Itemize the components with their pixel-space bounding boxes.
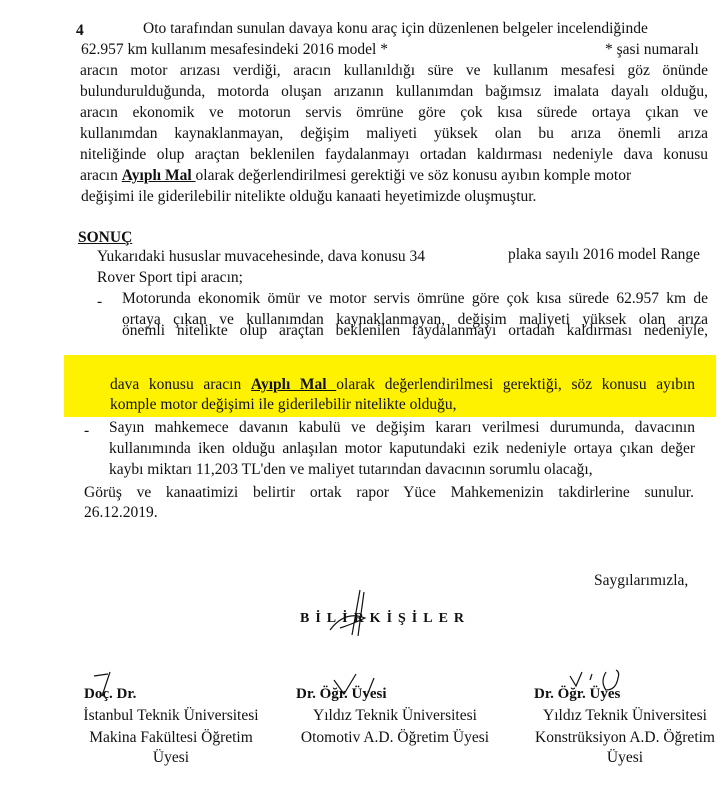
bullet-line: önemli nitelikte olup araçtan beklenilen…	[122, 322, 708, 340]
signatory-department: Konstrüksiyon A.D. Öğretim	[520, 727, 724, 749]
text-segment: olarak değerlendirilmesi gerektiği, söz …	[336, 376, 695, 393]
conclusion-intro-line2: Rover Sport tipi aracın;	[97, 269, 243, 287]
salutation: Saygılarımızla,	[594, 572, 688, 590]
paragraph-line: kullanımdan kaynaklanmayan, değişim mali…	[80, 125, 708, 143]
signatory-department: Makina Fakültesi Öğretim	[66, 727, 276, 749]
text-segment: olarak değerlendirilmesi gerektiği ve sö…	[196, 167, 632, 184]
closing-statement: Görüş ve kanaatimizi belirtir ortak rapo…	[84, 484, 694, 502]
signatory-institution: Yıldız Teknik Üniversitesi	[520, 705, 724, 727]
conclusion-intro-right: plaka sayılı 2016 model Range	[508, 246, 700, 264]
bullet-line: Motorunda ekonomik ömür ve motor servis …	[122, 290, 708, 308]
highlighted-line: dava konusu aracın Ayıplı Mal olarak değ…	[110, 376, 695, 394]
page-number: 4	[76, 22, 84, 40]
bullet-marker: -	[97, 293, 102, 311]
signatory-institution: Yıldız Teknik Üniversitesi	[284, 705, 506, 727]
signatory-role: Üyesi	[520, 749, 724, 767]
signatory: Doç. Dr. İstanbul Teknik Üniversitesi Ma…	[66, 683, 276, 767]
signatory: Dr. Öğr. Üyes Yıldız Teknik Üniversitesi…	[520, 683, 724, 767]
report-date: 26.12.2019.	[84, 504, 158, 522]
experts-heading: BİLİRKİŞİLER	[300, 611, 470, 627]
signature-scribble	[320, 580, 400, 640]
bullet-line: Sayın mahkemece davanın kabulü ve değişi…	[109, 419, 695, 437]
signatory-institution: İstanbul Teknik Üniversitesi	[66, 705, 276, 727]
paragraph-line: aracın Ayıplı Mal olarak değerlendirilme…	[80, 167, 708, 185]
bullet-marker: -	[84, 422, 89, 440]
paragraph-line: * şasi numaralı	[605, 41, 699, 59]
paragraph-line: 62.957 km kullanım mesafesindeki 2016 mo…	[81, 41, 388, 59]
signatory-title: Dr. Öğr. Üyes	[520, 683, 724, 705]
bullet-line: kullanımında iken olduğu anlaşılan motor…	[109, 440, 695, 458]
conclusion-intro: Yukarıdaki hususlar muvacehesinde, dava …	[97, 248, 425, 266]
signatory-department: Otomotiv A.D. Öğretim Üyesi	[284, 727, 506, 749]
signatory-title: Doç. Dr.	[66, 683, 276, 705]
text-segment: aracın	[80, 167, 122, 184]
paragraph-line: bulundurulduğunda, motorda oluşan arızan…	[80, 83, 708, 101]
paragraph-line: aracın ekonomik ve motorun servis ömrüne…	[80, 104, 708, 122]
defective-goods-term: Ayıplı Mal	[251, 376, 336, 393]
highlighted-line: komple motor değişimi ile giderilebilir …	[110, 396, 457, 414]
section-heading-sonuc: SONUÇ	[78, 229, 132, 247]
paragraph-line: Oto tarafından sunulan davaya konu araç …	[143, 20, 648, 38]
paragraph-line: niteliğinde olup araçtan beklenilen fayd…	[80, 146, 708, 164]
bullet-line: kaybı miktarı 11,203 TL'den ve maliyet t…	[109, 461, 593, 479]
signatory: Dr. Öğr. Üyesi Yıldız Teknik Üniversites…	[284, 683, 506, 749]
signatory-title: Dr. Öğr. Üyesi	[284, 683, 506, 705]
text-segment: dava konusu aracın	[110, 376, 251, 393]
paragraph-line: değişimi ile giderilebilir nitelikte old…	[81, 188, 536, 206]
paragraph-line: aracın motor arızası verdiği, aracın kul…	[80, 62, 708, 80]
signatory-role: Üyesi	[66, 749, 276, 767]
defective-goods-term: Ayıplı Mal	[122, 167, 196, 184]
